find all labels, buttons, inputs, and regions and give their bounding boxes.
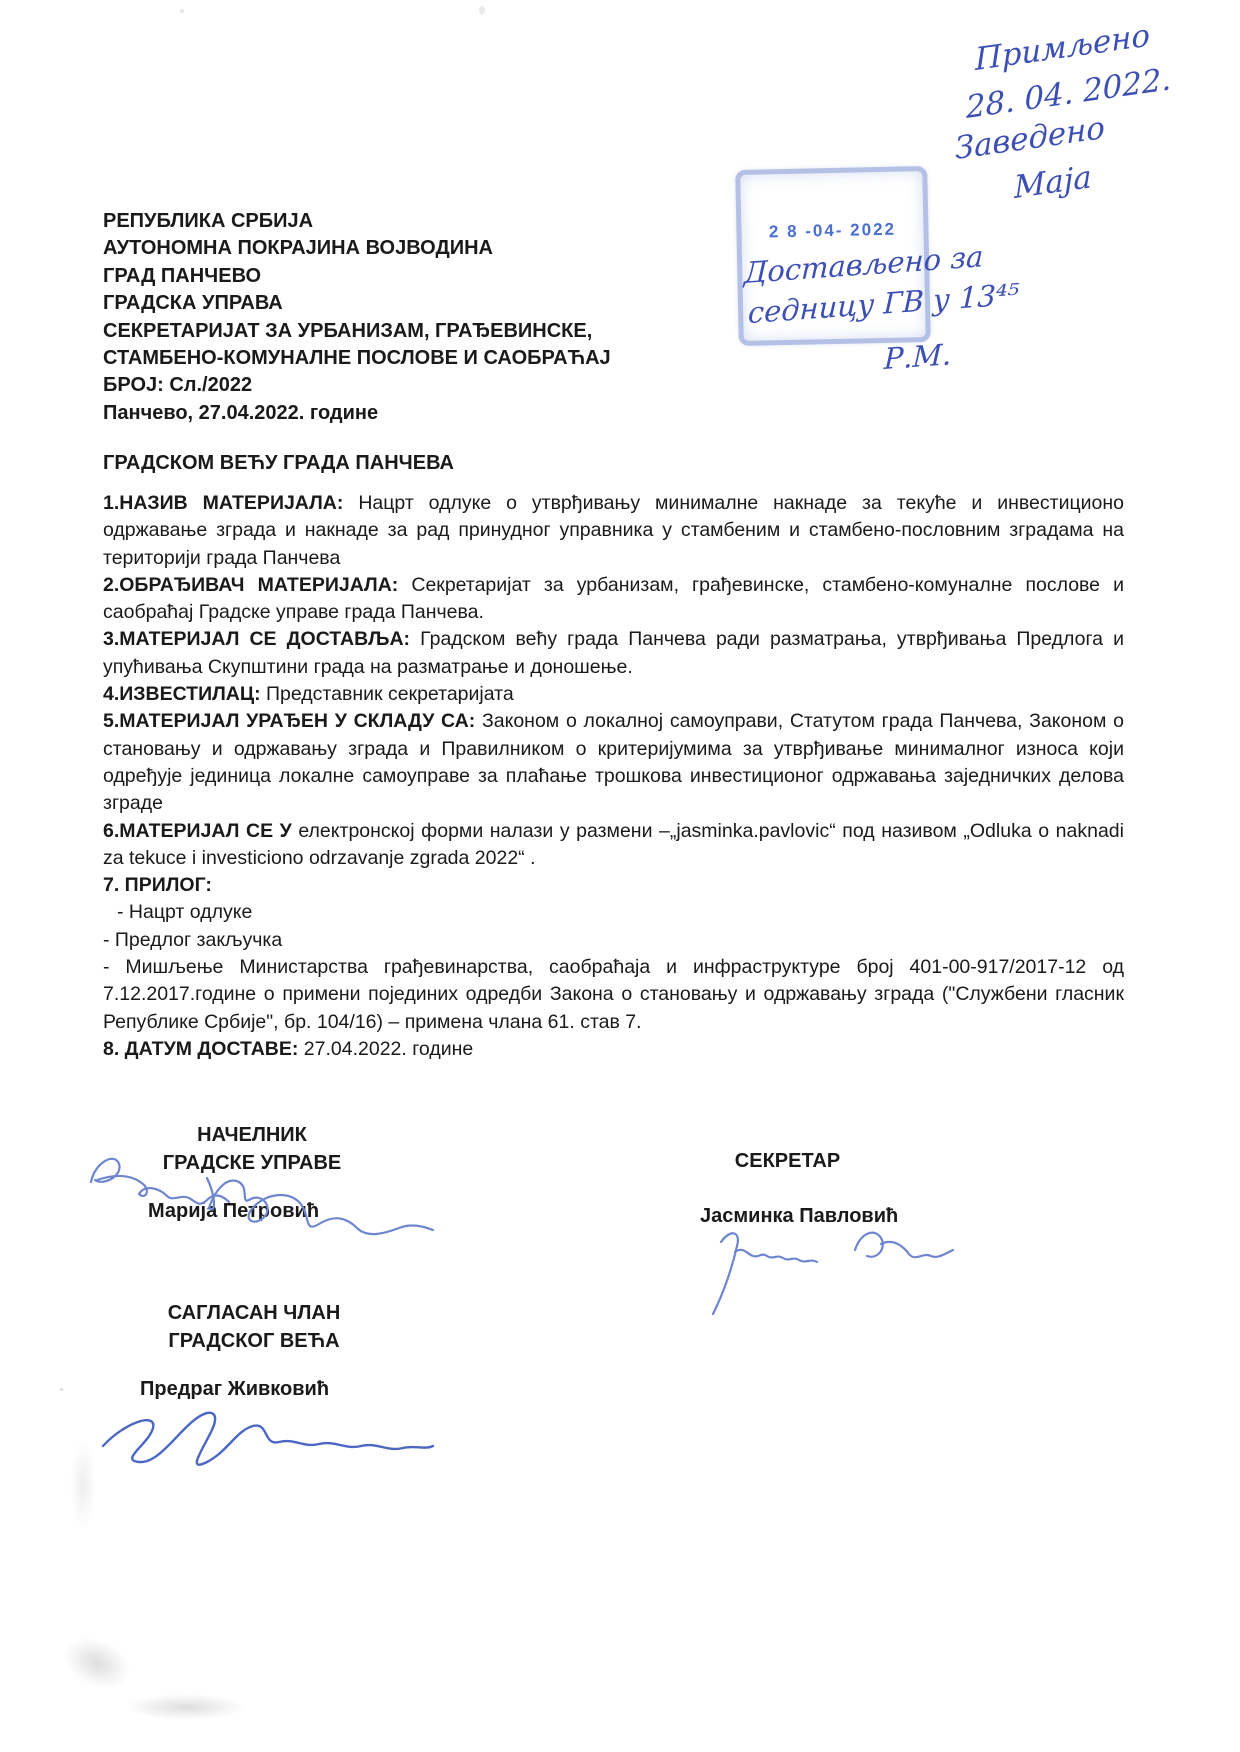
signature-title-sekretar: СЕКРЕТАР bbox=[655, 1148, 920, 1176]
item-4-label: 4.ИЗВЕСТИЛАЦ: bbox=[103, 683, 261, 705]
item-5: 5.МАТЕРИЈАЛ УРАЂЕН У СКЛАДУ СА: Законом … bbox=[103, 708, 1124, 817]
attachment-line-1: - Нацрт одлуке bbox=[103, 899, 1124, 926]
letterhead: РЕПУБЛИКА СРБИЈА АУТОНОМНА ПОКРАЈИНА ВОЈ… bbox=[103, 208, 611, 427]
scan-smudge bbox=[126, 1694, 246, 1720]
signature-marija-petrovic bbox=[85, 1148, 435, 1270]
document-page: Примљено 28. 04. 2022. Заведено Маја 2 8… bbox=[0, 0, 1240, 1752]
scan-smudge bbox=[56, 1628, 139, 1698]
handwritten-signer-name: Маја bbox=[1013, 159, 1092, 206]
item-7: 7. ПРИЛОГ: bbox=[103, 872, 1124, 899]
attachment-line-3: - Мишљење Министарства грађевинарства, с… bbox=[103, 954, 1124, 1036]
item-2: 2.ОБРАЂИВАЧ МАТЕРИЈАЛА: Секретаријат за … bbox=[103, 572, 1124, 627]
signature-jasminka-pavlovic bbox=[705, 1222, 963, 1318]
scan-smudge bbox=[70, 1440, 96, 1530]
signature-title-saglasan: САГЛАСАН ЧЛАН ГРАДСКОГ ВЕЋА bbox=[150, 1300, 358, 1355]
item-4: 4.ИЗВЕСТИЛАЦ: Представник секретаријата bbox=[103, 681, 1124, 708]
header-line-date: Панчево, 27.04.2022. године bbox=[103, 400, 611, 427]
item-8: 8. ДАТУМ ДОСТАВЕ: 27.04.2022. године bbox=[103, 1036, 1124, 1063]
item-4-text: Представник секретаријата bbox=[261, 683, 514, 705]
header-line-city: ГРАД ПАНЧЕВО bbox=[103, 263, 611, 290]
item-1: 1.НАЗИВ МАТЕРИЈАЛА: Нацрт одлуке о утврђ… bbox=[103, 490, 1124, 572]
header-line-secretariat-2: СТАМБЕНО-КОМУНАЛНЕ ПОСЛОВЕ И САОБРАЋАЈ bbox=[103, 345, 611, 372]
item-3-label: 3.МАТЕРИЈАЛ СЕ ДОСТАВЉА: bbox=[103, 628, 410, 650]
header-line-administration: ГРАДСКА УПРАВА bbox=[103, 290, 611, 317]
item-6-label: 6.МАТЕРИЈАЛ СЕ У bbox=[103, 820, 292, 842]
scan-speck bbox=[479, 6, 485, 15]
item-5-label: 5.МАТЕРИЈАЛ УРАЂЕН У СКЛАДУ СА: bbox=[103, 710, 475, 732]
scan-speck bbox=[180, 9, 184, 13]
document-body: 1.НАЗИВ МАТЕРИЈАЛА: Нацрт одлуке о утврђ… bbox=[103, 490, 1124, 1063]
title-nachelnik-line1: НАЧЕЛНИК bbox=[147, 1122, 357, 1150]
handwritten-delivery-initials: Р.М. bbox=[883, 337, 952, 376]
title-saglasan-line1: САГЛАСАН ЧЛАН bbox=[150, 1300, 358, 1328]
item-3: 3.МАТЕРИЈАЛ СЕ ДОСТАВЉА: Градском већу г… bbox=[103, 626, 1124, 681]
item-1-label: 1.НАЗИВ МАТЕРИЈАЛА: bbox=[103, 492, 343, 514]
signature-predrag-zivkovic bbox=[95, 1396, 440, 1492]
attachment-line-2: - Предлог закључка bbox=[103, 927, 1124, 954]
header-line-province: АУТОНОМНА ПОКРАЈИНА ВОЈВОДИНА bbox=[103, 235, 611, 262]
header-line-secretariat-1: СЕКРЕТАРИЈАТ ЗА УРБАНИЗАМ, ГРАЂЕВИНСКЕ, bbox=[103, 318, 611, 345]
title-saglasan-line2: ГРАДСКОГ ВЕЋА bbox=[150, 1328, 358, 1356]
item-7-label: 7. ПРИЛОГ: bbox=[103, 874, 212, 896]
item-8-label: 8. ДАТУМ ДОСТАВЕ: bbox=[103, 1038, 298, 1060]
item-6: 6.МАТЕРИЈАЛ СЕ У електронској форми нала… bbox=[103, 818, 1124, 873]
header-line-republic: РЕПУБЛИКА СРБИЈА bbox=[103, 208, 611, 235]
item-2-label: 2.ОБРАЂИВАЧ МАТЕРИЈАЛА: bbox=[103, 574, 398, 596]
header-line-number: БРОЈ: Сл./2022 bbox=[103, 372, 611, 399]
recipient-line: ГРАДСКОМ ВЕЋУ ГРАДА ПАНЧЕВА bbox=[103, 452, 454, 475]
scan-speck bbox=[60, 1388, 63, 1391]
stamp-date: 2 8 -04- 2022 bbox=[741, 219, 923, 243]
item-8-text: 27.04.2022. године bbox=[298, 1038, 473, 1060]
